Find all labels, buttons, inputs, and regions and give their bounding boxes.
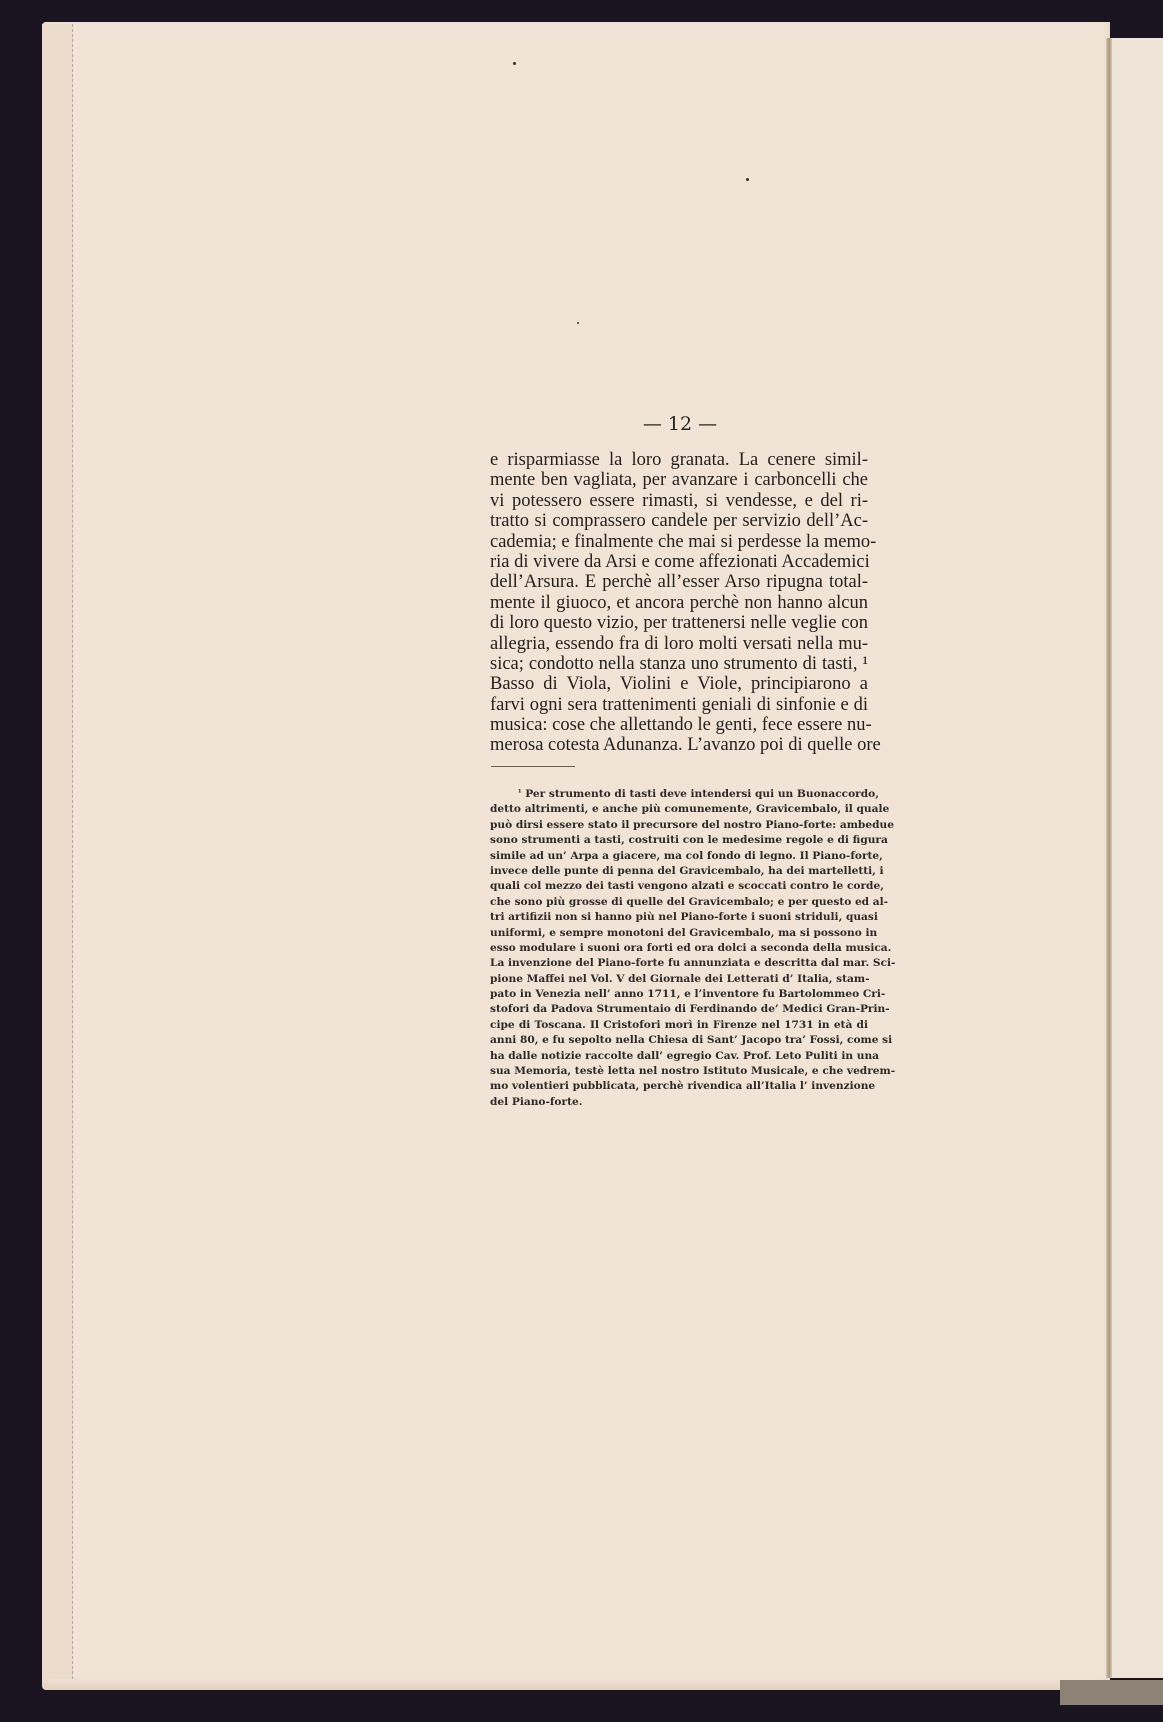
body-line: musica: cose che allettando le genti, fe…: [490, 715, 868, 735]
body-line: Basso di Viola, Violini e Viole, princip…: [490, 674, 868, 694]
paper-speck: [577, 322, 579, 324]
footnote-line: può dirsi essere stato il precursore del…: [490, 818, 868, 833]
footnote-line: cipe di Toscana. Il Cristofori morì in F…: [490, 1018, 868, 1033]
body-line: merosa cotesta Adunanza. L’avanzo poi di…: [490, 735, 868, 755]
footnote-line: invece delle punte di penna del Gravicem…: [490, 864, 868, 879]
footnote-marker: ¹: [518, 787, 522, 797]
footnote-line: simile ad un’ Arpa a giacere, ma col fon…: [490, 849, 868, 864]
footnote-line: sua Memoria, testè letta nel nostro Isti…: [490, 1064, 868, 1079]
footnote-line: del Piano-forte.: [490, 1095, 868, 1110]
footnote-line: mo volentieri pubblicata, perchè rivendi…: [490, 1079, 868, 1094]
footnote-text: Per strumento di tasti deve intendersi q…: [525, 788, 879, 800]
body-line: di loro questo vizio, per trattenersi ne…: [490, 613, 868, 633]
footnote-line: che sono più grosse di quelle del Gravic…: [490, 895, 868, 910]
page-number: — 12 —: [600, 413, 760, 435]
page-bottom-shadow: [1060, 1680, 1163, 1705]
body-line: tratto si comprassero candele per serviz…: [490, 511, 868, 531]
body-line: vi potessero essere rimasti, si vendesse…: [490, 491, 868, 511]
paper-speck: [513, 62, 516, 65]
footnote-line: La invenzione del Piano-forte fu annunzi…: [490, 956, 868, 971]
body-line: allegria, essendo fra di loro molti vers…: [490, 634, 868, 654]
footnote-separator: [491, 766, 575, 767]
footnote-line: pione Maffei nel Vol. V del Giornale dei…: [490, 972, 868, 987]
page-stitched-margin: [42, 24, 73, 1679]
body-line: dell’Arsura. E perchè all’esser Arso rip…: [490, 572, 868, 592]
paper-speck: [746, 178, 749, 181]
footnote-line: tri artifizii non si hanno più nel Piano…: [490, 910, 868, 925]
footnote-line: uniformi, e sempre monotoni del Gravicem…: [490, 926, 868, 941]
body-line: mente il giuoco, et ancora perchè non ha…: [490, 593, 868, 613]
footnote-line: quali col mezzo dei tasti vengono alzati…: [490, 879, 868, 894]
footnote-line: detto altrimenti, e anche più comunement…: [490, 802, 868, 817]
body-text: e risparmiasse la loro granata. La cener…: [490, 450, 868, 756]
body-line: e risparmiasse la loro granata. La cener…: [490, 450, 868, 470]
body-line: ria di vivere da Arsi e come affezionati…: [490, 552, 868, 572]
footnote-line: ¹ Per strumento di tasti deve intendersi…: [490, 787, 868, 802]
footnotes: ¹ Per strumento di tasti deve intendersi…: [490, 787, 868, 1110]
footnote-line: anni 80, e fu sepolto nella Chiesa di Sa…: [490, 1033, 868, 1048]
footnote-line: pato in Venezia nell’ anno 1711, e l’inv…: [490, 987, 868, 1002]
body-line: mente ben vagliata, per avanzare i carbo…: [490, 470, 868, 490]
body-line: sica; condotto nella stanza uno strument…: [490, 654, 868, 674]
footnote-line: sono strumenti a tasti, costruiti con le…: [490, 833, 868, 848]
footnote-line: stofori da Padova Strumentaio di Ferdina…: [490, 1002, 868, 1017]
body-line: cademia; e finalmente che mai si perdess…: [490, 532, 868, 552]
footnote-line: ha dalle notizie raccolte dall’ egregio …: [490, 1049, 868, 1064]
adjacent-page-edge: [1112, 38, 1163, 1678]
footnote-line: esso modulare i suoni ora forti ed ora d…: [490, 941, 868, 956]
body-line: farvi ogni sera trattenimenti geniali di…: [490, 695, 868, 715]
